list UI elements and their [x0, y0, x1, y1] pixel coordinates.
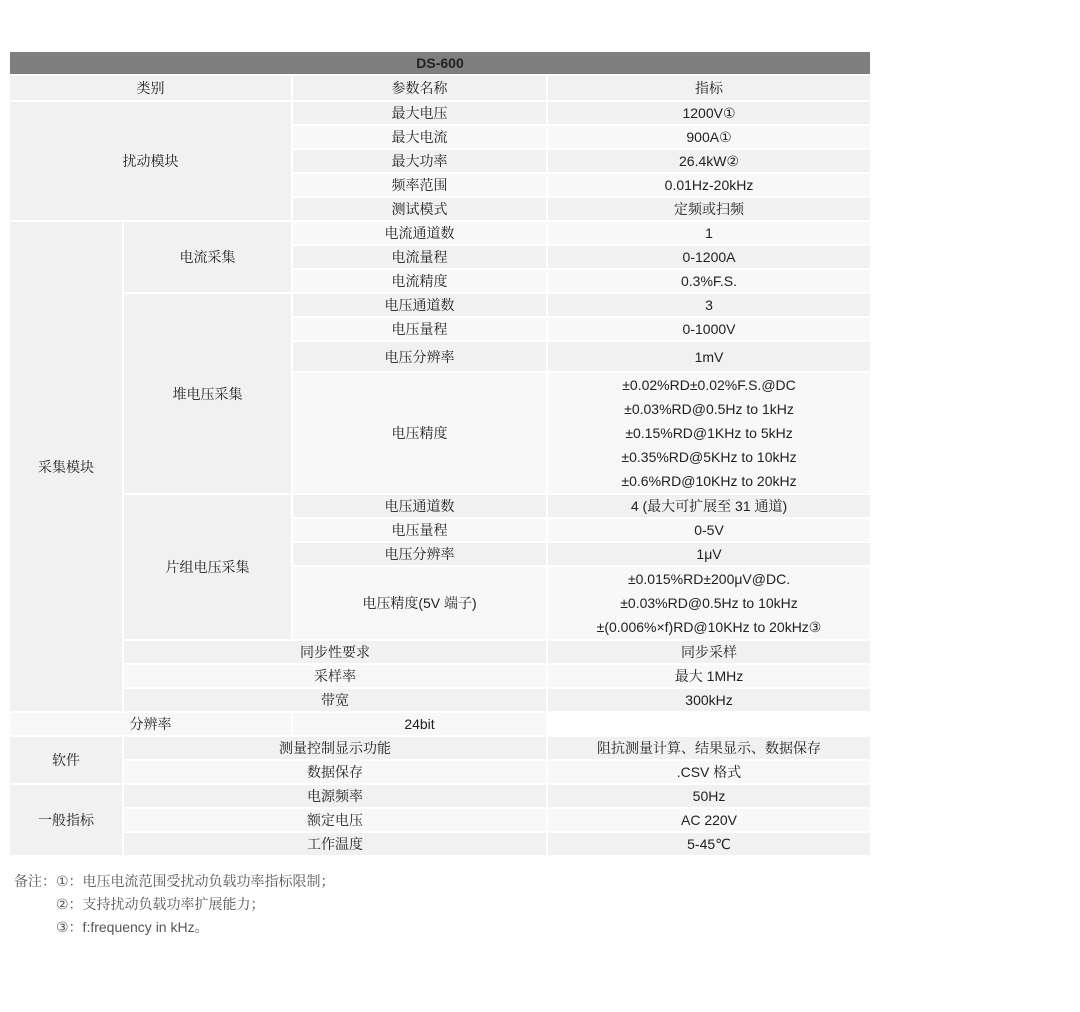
param-cell: 电压通道数 — [292, 494, 547, 518]
param-cell: 分辨率 — [9, 712, 292, 736]
spec-value-cell: 900A① — [547, 125, 871, 149]
category-cell-general: 一般指标 — [9, 784, 123, 856]
table-row: 扰动模块 最大电压 1200V① — [9, 101, 871, 125]
spec-value-cell: 26.4kW② — [547, 149, 871, 173]
param-cell: 电压量程 — [292, 518, 547, 542]
param-cell: 采样率 — [123, 664, 547, 688]
spec-value-cell: 0-5V — [547, 518, 871, 542]
spec-value-cell: 1mV — [547, 341, 871, 372]
spec-sheet: DS-600 类别 参数名称 指标 扰动模块 最大电压 1200V① 最大电流 … — [8, 50, 870, 939]
param-cell: 测试模式 — [292, 197, 547, 221]
col-header-spec: 指标 — [547, 75, 871, 101]
spec-value-cell: 1 — [547, 221, 871, 245]
param-cell: 电压分辨率 — [292, 341, 547, 372]
param-cell: 电流量程 — [292, 245, 547, 269]
spec-value-cell: 定频或扫频 — [547, 197, 871, 221]
notes: 备注： ①：电压电流范围受扰动负载功率指标限制； ②：支持扰动负载功率扩展能力；… — [14, 870, 870, 939]
param-cell: 电压精度(5V 端子) — [292, 566, 547, 640]
col-header-category: 类别 — [9, 75, 292, 101]
table-row: 同步性要求 同步采样 — [9, 640, 871, 664]
table-title: DS-600 — [9, 51, 871, 75]
category-cell-software: 软件 — [9, 736, 123, 784]
table-row: 分辨率 24bit — [9, 712, 871, 736]
note-item: ①：电压电流范围受扰动负载功率指标限制； — [56, 870, 335, 893]
category-cell-disturbance: 扰动模块 — [9, 101, 292, 221]
spec-value-cell: 同步采样 — [547, 640, 871, 664]
param-cell: 电压精度 — [292, 372, 547, 494]
param-cell: 测量控制显示功能 — [123, 736, 547, 760]
spec-value-cell: 1μV — [547, 542, 871, 566]
param-cell: 额定电压 — [123, 808, 547, 832]
spec-value-cell: 阻抗测量计算、结果显示、数据保存 — [547, 736, 871, 760]
table-row: 额定电压 AC 220V — [9, 808, 871, 832]
spec-value-cell: 24bit — [292, 712, 547, 736]
param-cell: 数据保存 — [123, 760, 547, 784]
param-cell: 电压量程 — [292, 317, 547, 341]
param-cell: 电源频率 — [123, 784, 547, 808]
col-header-param: 参数名称 — [292, 75, 547, 101]
spec-value-cell: 0.3%F.S. — [547, 269, 871, 293]
spec-value-cell: 4 (最大可扩展至 31 通道) — [547, 494, 871, 518]
table-row: 堆电压采集 电压通道数 3 — [9, 293, 871, 317]
note-items: ①：电压电流范围受扰动负载功率指标限制； ②：支持扰动负载功率扩展能力； ③：f… — [56, 870, 335, 939]
param-cell: 带宽 — [123, 688, 547, 712]
category-cell-acquisition: 采集模块 — [9, 221, 123, 712]
notes-label: 备注： — [14, 870, 56, 939]
spec-value-cell: 0-1200A — [547, 245, 871, 269]
spec-value-cell: ±0.015%RD±200μV@DC. ±0.03%RD@0.5Hz to 10… — [547, 566, 871, 640]
spec-value-cell: 1200V① — [547, 101, 871, 125]
param-cell: 同步性要求 — [123, 640, 547, 664]
column-header-row: 类别 参数名称 指标 — [9, 75, 871, 101]
spec-table: DS-600 类别 参数名称 指标 扰动模块 最大电压 1200V① 最大电流 … — [8, 50, 872, 857]
param-cell: 最大电流 — [292, 125, 547, 149]
category-cell-cell-voltage-acq: 片组电压采集 — [123, 494, 292, 640]
table-row: 一般指标 电源频率 50Hz — [9, 784, 871, 808]
spec-value-cell: 300kHz — [547, 688, 871, 712]
spec-value-cell: 0-1000V — [547, 317, 871, 341]
table-row: 采集模块 电流采集 电流通道数 1 — [9, 221, 871, 245]
param-cell: 电流精度 — [292, 269, 547, 293]
table-row: 采样率 最大 1MHz — [9, 664, 871, 688]
param-cell: 最大电压 — [292, 101, 547, 125]
param-cell: 电压通道数 — [292, 293, 547, 317]
note-item: ②：支持扰动负载功率扩展能力； — [56, 893, 335, 916]
param-cell: 最大功率 — [292, 149, 547, 173]
category-cell-stack-voltage-acq: 堆电压采集 — [123, 293, 292, 494]
param-cell: 频率范围 — [292, 173, 547, 197]
spec-value-cell: 0.01Hz-20kHz — [547, 173, 871, 197]
spec-value-cell: .CSV 格式 — [547, 760, 871, 784]
table-row: 片组电压采集 电压通道数 4 (最大可扩展至 31 通道) — [9, 494, 871, 518]
category-cell-current-acq: 电流采集 — [123, 221, 292, 293]
spec-value-cell: AC 220V — [547, 808, 871, 832]
spec-value-cell: 最大 1MHz — [547, 664, 871, 688]
table-row: 带宽 300kHz — [9, 688, 871, 712]
param-cell: 工作温度 — [123, 832, 547, 856]
spec-value-cell: 3 — [547, 293, 871, 317]
table-row: 工作温度 5-45℃ — [9, 832, 871, 856]
spec-value-cell: ±0.02%RD±0.02%F.S.@DC ±0.03%RD@0.5Hz to … — [547, 372, 871, 494]
table-row: 数据保存 .CSV 格式 — [9, 760, 871, 784]
spec-value-cell: 50Hz — [547, 784, 871, 808]
param-cell: 电流通道数 — [292, 221, 547, 245]
param-cell: 电压分辨率 — [292, 542, 547, 566]
table-row: 软件 测量控制显示功能 阻抗测量计算、结果显示、数据保存 — [9, 736, 871, 760]
title-row: DS-600 — [9, 51, 871, 75]
note-item: ③：f:frequency in kHz。 — [56, 916, 335, 939]
spec-value-cell: 5-45℃ — [547, 832, 871, 856]
